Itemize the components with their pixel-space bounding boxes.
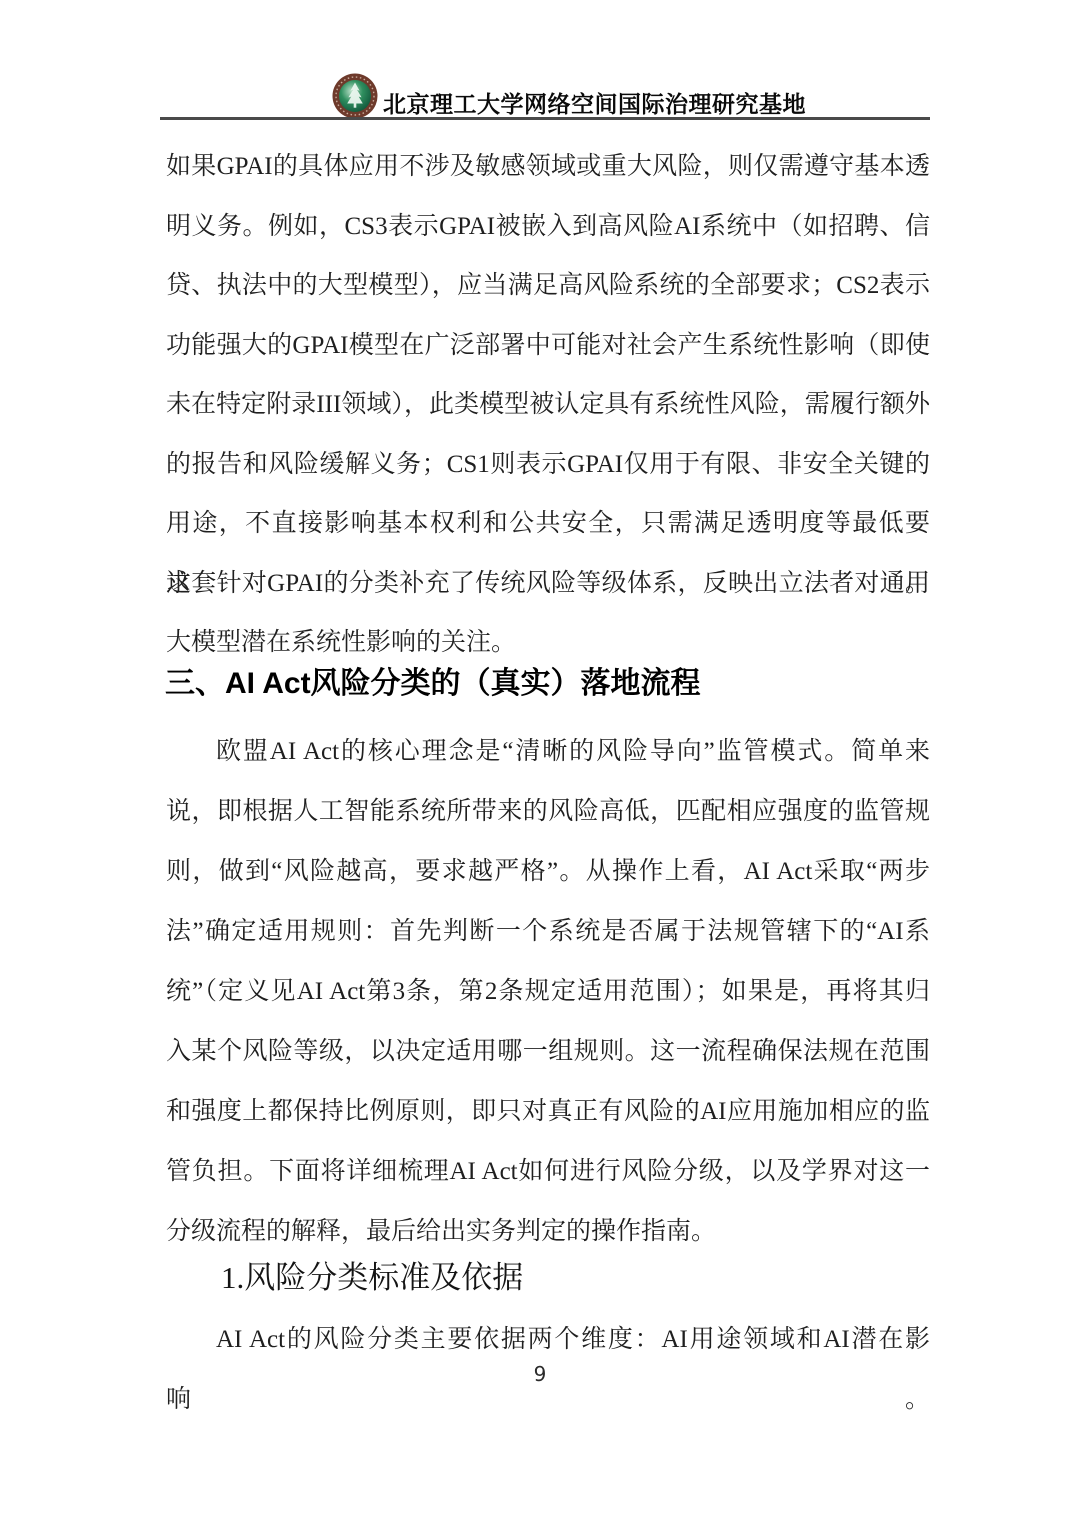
text-line: 和强度上都保持比例原则，即只对真正有风险的AI应用施加相应的监 xyxy=(166,1082,930,1142)
paragraph-classification-basis: AI Act的风险分类主要依据两个维度：AI用途领域和AI潜在影响。 xyxy=(166,1310,930,1370)
text-line: 分级流程的解释，最后给出实务判定的操作指南。 xyxy=(166,1202,930,1262)
text-line: 功能强大的GPAI模型在广泛部署中可能对社会产生系统性影响（即使 xyxy=(166,316,930,376)
paragraph-gpai-classification: 如果GPAI的具体应用不涉及敏感领域或重大风险，则仅需遵守基本透 明义务。例如，… xyxy=(166,137,930,673)
text-line: 统”（定义见AI Act第3条，第2条规定适用范围）；如果是，再将其归 xyxy=(166,962,930,1022)
text-line: 的报告和风险缓解义务；CS1则表示GPAI仅用于有限、非安全关键的 xyxy=(166,435,930,495)
text-line: 贷、执法中的大型模型），应当满足高风险系统的全部要求；CS2表示 xyxy=(166,256,930,316)
text-line: AI Act的风险分类主要依据两个维度：AI用途领域和AI潜在影响。 xyxy=(166,1310,930,1370)
header-title: 北京理工大学网络空间国际治理研究基地 xyxy=(383,86,806,119)
section-heading: 三、AI Act风险分类的（真实）落地流程 xyxy=(165,661,701,707)
text-line: 管负担。下面将详细梳理AI Act如何进行风险分级，以及学界对这一 xyxy=(166,1142,930,1202)
text-line: 这套针对GPAI的分类补充了传统风险等级体系，反映出立法者对通用 xyxy=(166,554,930,614)
page-header: 北京理工大学网络空间国际治理研究基地 xyxy=(0,0,1080,122)
bit-emblem-icon xyxy=(332,73,378,119)
document-page: 北京理工大学网络空间国际治理研究基地 如果GPAI的具体应用不涉及敏感领域或重大… xyxy=(0,0,1080,1527)
text-line: 法”确定适用规则：首先判断一个系统是否属于法规管辖下的“AI系 xyxy=(166,902,930,962)
text-line: 如果GPAI的具体应用不涉及敏感领域或重大风险，则仅需遵守基本透 xyxy=(166,137,930,197)
header-divider xyxy=(160,117,930,120)
page-number: 9 xyxy=(0,1362,1080,1386)
paragraph-risk-process: 欧盟AI Act的核心理念是“清晰的风险导向”监管模式。简单来 说，即根据人工智… xyxy=(166,722,930,1262)
text-line: 入某个风险等级，以决定适用哪一组规则。这一流程确保法规在范围 xyxy=(166,1022,930,1082)
text-line: 明义务。例如，CS3表示GPAI被嵌入到高风险AI系统中（如招聘、信 xyxy=(166,197,930,257)
text-line: 则，做到“风险越高，要求越严格”。从操作上看，AI Act采取“两步 xyxy=(166,842,930,902)
subsection-heading: 1.风险分类标准及依据 xyxy=(221,1254,523,1302)
text-line: 用途，不直接影响基本权利和公共安全，只需满足透明度等最低要求。 xyxy=(166,494,930,554)
text-line: 说，即根据人工智能系统所带来的风险高低，匹配相应强度的监管规 xyxy=(166,782,930,842)
text-line: 未在特定附录III领域），此类模型被认定具有系统性风险，需履行额外 xyxy=(166,375,930,435)
text-line: 欧盟AI Act的核心理念是“清晰的风险导向”监管模式。简单来 xyxy=(166,722,930,782)
